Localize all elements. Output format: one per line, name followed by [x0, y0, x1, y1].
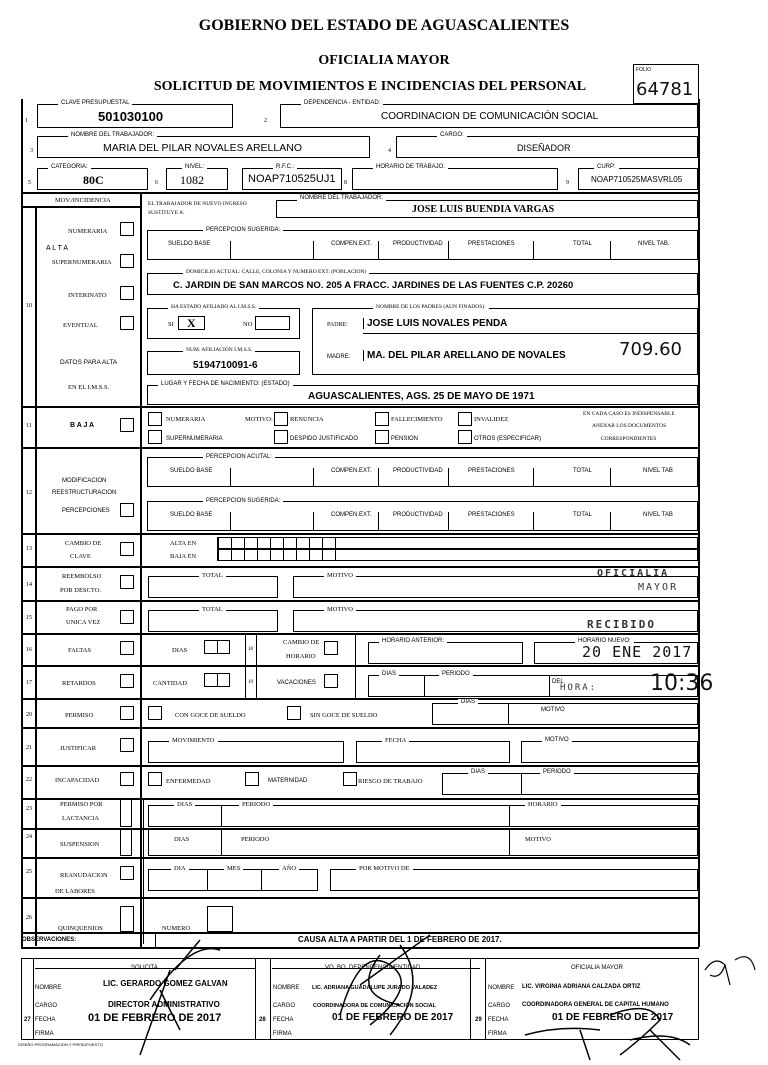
dependencia-field[interactable]: DEPENDENCIA - ENTIDAD: COORDINACION DE C… [280, 104, 698, 128]
num-afiliacion-field[interactable]: NUM. AFILIACION I.M.S.S. 5194710091-6 [147, 351, 300, 375]
alta-supernumeraria-checkbox[interactable] [120, 254, 134, 268]
incapacidad-field[interactable]: DIAS PERIODO [442, 773, 698, 795]
baja-en-field[interactable] [217, 549, 698, 561]
mov-incidencia-header: MOV./INCIDENCIA [55, 197, 111, 204]
pension-checkbox[interactable] [375, 430, 389, 444]
signature-scribble-1 [120, 930, 240, 1060]
retardos-cantidad-field[interactable] [204, 673, 230, 687]
enfermedad-checkbox[interactable] [148, 772, 162, 786]
invalidez-checkbox[interactable] [458, 412, 472, 426]
nombre-trabajador-field[interactable]: NOMBRE DEL TRABAJADOR: MARIA DEL PILAR N… [37, 136, 370, 158]
categoria-field[interactable]: CATEGORIA: 80C [37, 168, 148, 190]
rfc-field[interactable]: R.F.C.: NOAP710525UJ1 [242, 168, 342, 190]
folio-box: FOLIO 64781 [633, 64, 699, 104]
imss-si-checkbox[interactable]: X [178, 316, 205, 330]
padre-value: JOSE LUIS NOVALES PENDA [363, 318, 507, 329]
signature-scribble-2 [330, 925, 450, 1045]
otros-checkbox[interactable] [458, 430, 472, 444]
quinquenios-checkbox[interactable] [120, 906, 134, 932]
lactancia-field[interactable]: DIAS PERIODO HORARIO [148, 805, 698, 827]
alta-numeraria-checkbox[interactable] [120, 222, 134, 236]
madre-value: MA. DEL PILAR ARELLANO DE NOVALES [363, 350, 566, 361]
handwritten-amount: 709.60 [619, 339, 682, 360]
cambio-clave-checkbox[interactable] [120, 542, 134, 556]
signature-scribble-3 [520, 1000, 700, 1065]
form-title: SOLICITUD DE MOVIMIENTOS E INCIDENCIAS D… [120, 79, 620, 95]
reembolso-total-field[interactable]: TOTAL [148, 576, 278, 598]
permiso-field[interactable]: DIAS MOTIVO [432, 703, 698, 725]
justificar-checkbox[interactable] [120, 738, 134, 752]
riesgo-trabajo-checkbox[interactable] [343, 772, 357, 786]
horario-anterior-field[interactable]: HORARIO ANTERIOR: [368, 642, 523, 664]
suspension-field: DIAS PERIODO MOTIVO [148, 828, 698, 856]
cargo-field[interactable]: CARGO: DISEÑADOR [396, 136, 698, 158]
reanudacion-checkbox[interactable] [120, 866, 134, 880]
padres-group: NOMBRE DE LOS PADRES (AUN FINADOS): PADR… [312, 308, 698, 375]
modificacion-checkbox[interactable] [120, 503, 134, 517]
despido-checkbox[interactable] [274, 430, 288, 444]
sustituye-nombre-field[interactable]: NOMBRE DEL TRABAJADOR: JOSE LUIS BUENDIA… [276, 200, 698, 218]
lactancia-checkbox[interactable] [120, 799, 132, 827]
nivel-field[interactable]: NIVEL: 1082 [166, 168, 228, 190]
imss-no-checkbox[interactable] [255, 316, 290, 330]
clave-presupuestal-field[interactable]: CLAVE PRESUPUESTAL 501030100 [37, 104, 233, 128]
retardos-checkbox[interactable] [120, 674, 134, 688]
quinquenios-numero-field[interactable] [207, 906, 233, 932]
sin-goce-checkbox[interactable] [287, 706, 301, 720]
renuncia-checkbox[interactable] [274, 412, 288, 426]
justificar-motivo-field[interactable]: MOTIVO [521, 741, 698, 763]
reembolso-checkbox[interactable] [120, 575, 134, 589]
alta-eventual-checkbox[interactable] [120, 316, 134, 330]
vacaciones-field[interactable]: DIAS PERIODO DEL [368, 675, 698, 697]
con-goce-checkbox[interactable] [148, 706, 162, 720]
baja-supernumeraria-checkbox[interactable] [148, 430, 162, 444]
alta-percepcion-table: PERCEPCION SUGERIDA: SUELDO BASE COMPEN.… [147, 230, 698, 260]
baja-checkbox[interactable] [120, 418, 134, 432]
reanudacion-motivo-field[interactable]: POR MOTIVO DE [330, 869, 698, 891]
alta-en-field[interactable] [217, 537, 698, 549]
justificar-fecha-field[interactable]: FECHA [356, 741, 510, 763]
permiso-checkbox[interactable] [120, 706, 134, 720]
imss-afiliado-group: HA ESTADO AFILIADO AL I.M.S.S. SI X NO [147, 308, 300, 339]
percepcion-actual-table: PERCEPCION ACUTAL: SUELDO BASE COMPEN.EX… [147, 457, 698, 487]
cambio-horario-checkbox[interactable] [324, 641, 338, 655]
maternidad-checkbox[interactable] [245, 772, 259, 786]
faltas-dias-field[interactable] [204, 640, 230, 654]
folio-value: 64781 [636, 79, 693, 100]
percepcion-sugerida-table: PERCEPCION SUGERIDA: SUELDO BASE COMPEN.… [147, 501, 698, 531]
horario-trabajo-field[interactable]: HORARIO DE TRABAJO: [352, 168, 558, 190]
curp-field[interactable]: CURP: NOAP710525MASVRL05 [578, 168, 698, 190]
fallecimiento-checkbox[interactable] [375, 412, 389, 426]
pago-unica-vez-checkbox[interactable] [120, 610, 134, 624]
footer-note: DISEÑO PROGRAMACION Y PRESUPUESTO [18, 1042, 103, 1047]
folio-label: FOLIO [636, 67, 651, 73]
incapacidad-checkbox[interactable] [120, 772, 134, 786]
domicilio-field[interactable]: DOMICILIO ACTUAL: CALLE, COLONIA Y NUMER… [147, 273, 698, 295]
pago-total-field[interactable]: TOTAL [148, 610, 278, 632]
movimiento-field[interactable]: MOVIMIENTO [148, 741, 344, 763]
suspension-checkbox[interactable] [120, 828, 132, 856]
alta-interinato-checkbox[interactable] [120, 286, 134, 300]
reanudacion-fecha-field[interactable]: DIA MES AÑO [148, 869, 318, 891]
observaciones-label: OBSERVACIONES: [22, 937, 76, 943]
baja-numeraria-checkbox[interactable] [148, 412, 162, 426]
vacaciones-checkbox[interactable] [324, 674, 338, 688]
faltas-checkbox[interactable] [120, 641, 134, 655]
initials-scribble [700, 950, 760, 985]
nacimiento-field[interactable]: LUGAR Y FECHA DE NACIMIENTO: (ESTADO) AG… [147, 385, 698, 405]
government-title: GOBIERNO DEL ESTADO DE AGUASCALIENTES [0, 17, 768, 35]
